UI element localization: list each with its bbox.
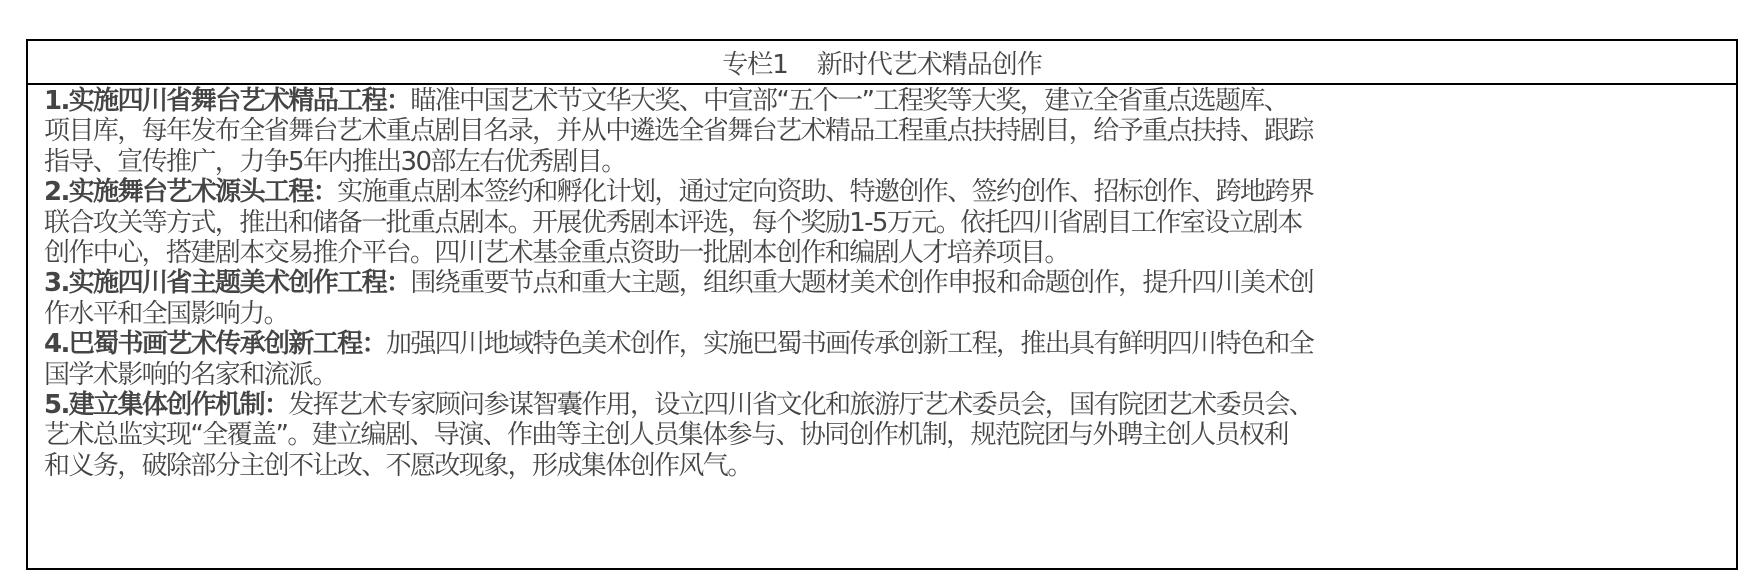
item-2-heading: 2.实施舞台艺术源头工程：: [44, 177, 337, 207]
item-5-text: 艺术总监实现“全覆盖”。建立编剧、导演、作曲等主创人员集体参与、协同创作机制，规…: [44, 420, 1288, 450]
item-2-text: 实施重点剧本签约和孵化计划，通过定向资助、特邀创作、签约创作、招标创作、跨地跨界: [337, 177, 1313, 207]
item-1-heading: 1.实施四川省舞台艺术精品工程：: [44, 86, 410, 116]
item-5-heading: 5.建立集体创作机制：: [44, 390, 288, 420]
panel-title: 专栏1 新时代艺术精品创作: [28, 41, 1736, 85]
item-5-text: 发挥艺术专家顾问参谋智囊作用，设立四川省文化和旅游厅艺术委员会，国有院团艺术委员…: [288, 390, 1313, 420]
item-4-line-2: 国学术影响的名家和流派。: [44, 360, 1722, 390]
column-panel: 专栏1 新时代艺术精品创作 1.实施四川省舞台艺术精品工程：瞄准中国艺术节文华大…: [26, 39, 1738, 570]
item-4-text: 国学术影响的名家和流派。: [44, 360, 337, 390]
item-5-line-3: 和义务，破除部分主创不让改、不愿改现象，形成集体创作风气。: [44, 451, 1722, 481]
item-1-text: 瞄准中国艺术节文华大奖、中宣部“五个一”工程奖等大奖，建立全省重点选题库、: [410, 86, 1288, 116]
item-3-heading: 3.实施四川省主题美术创作工程：: [44, 268, 410, 298]
item-1-line-2: 项目库，每年发布全省舞台艺术重点剧目名录，并从中遴选全省舞台艺术精品工程重点扶持…: [44, 116, 1722, 146]
item-4-heading: 4.巴蜀书画艺术传承创新工程：: [44, 329, 386, 359]
item-1-text: 指导、宣传推广，力争5年内推出30部左右优秀剧目。: [44, 147, 626, 177]
item-3-line-1: 3.实施四川省主题美术创作工程：围绕重要节点和重大主题，组织重大题材美术创作申报…: [44, 268, 1722, 298]
item-2-line-1: 2.实施舞台艺术源头工程：实施重点剧本签约和孵化计划，通过定向资助、特邀创作、签…: [44, 177, 1722, 207]
item-2-line-2: 联合攻关等方式，推出和储备一批重点剧本。开展优秀剧本评选，每个奖励1-5万元。依…: [44, 208, 1722, 238]
item-5-line-2: 艺术总监实现“全覆盖”。建立编剧、导演、作曲等主创人员集体参与、协同创作机制，规…: [44, 420, 1722, 450]
item-2-text: 联合攻关等方式，推出和储备一批重点剧本。开展优秀剧本评选，每个奖励1-5万元。依…: [44, 208, 1302, 238]
item-1-text: 项目库，每年发布全省舞台艺术重点剧目名录，并从中遴选全省舞台艺术精品工程重点扶持…: [44, 116, 1313, 146]
item-1-line-1: 1.实施四川省舞台艺术精品工程：瞄准中国艺术节文华大奖、中宣部“五个一”工程奖等…: [44, 86, 1722, 116]
panel-body: 1.实施四川省舞台艺术精品工程：瞄准中国艺术节文华大奖、中宣部“五个一”工程奖等…: [44, 86, 1722, 481]
item-2-text: 创作中心，搭建剧本交易推介平台。四川艺术基金重点资助一批剧本创作和编剧人才培养项…: [44, 238, 1069, 268]
item-1-line-3: 指导、宣传推广，力争5年内推出30部左右优秀剧目。: [44, 147, 1722, 177]
item-4-text: 加强四川地域特色美术创作，实施巴蜀书画传承创新工程，推出具有鲜明四川特色和全: [386, 329, 1313, 359]
item-3-text: 围绕重要节点和重大主题，组织重大题材美术创作申报和命题创作，提升四川美术创: [410, 268, 1313, 298]
item-4-line-1: 4.巴蜀书画艺术传承创新工程：加强四川地域特色美术创作，实施巴蜀书画传承创新工程…: [44, 329, 1722, 359]
item-5-text: 和义务，破除部分主创不让改、不愿改现象，形成集体创作风气。: [44, 451, 752, 481]
item-3-line-2: 作水平和全国影响力。: [44, 299, 1722, 329]
item-2-line-3: 创作中心，搭建剧本交易推介平台。四川艺术基金重点资助一批剧本创作和编剧人才培养项…: [44, 238, 1722, 268]
item-5-line-1: 5.建立集体创作机制：发挥艺术专家顾问参谋智囊作用，设立四川省文化和旅游厅艺术委…: [44, 390, 1722, 420]
item-3-text: 作水平和全国影响力。: [44, 299, 288, 329]
